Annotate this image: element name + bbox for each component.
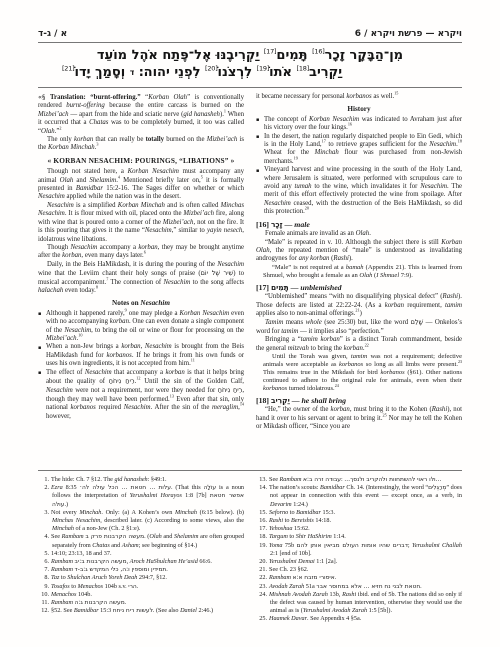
footnote-text: Mishnah Avodah Zarah 13b, Rashi ibid. en… bbox=[269, 591, 462, 614]
footnote-text: See Rambam מעשה הקרבנות פרק ב. (Olah and… bbox=[51, 533, 244, 548]
note-bullet: Although it happened rarely,9 one may pl… bbox=[38, 310, 244, 344]
footnote-number: 2. bbox=[38, 484, 49, 492]
footnote-number: 11. bbox=[38, 599, 49, 607]
right-column: it became necessary for personal korbano… bbox=[256, 93, 462, 432]
footnote-text: The hide: Ch. 7 §12. The gid hanasheh: §… bbox=[51, 476, 167, 483]
footnote-item: 14.The nation’s scouts: Bamidbar Ch. 14.… bbox=[256, 484, 462, 509]
footnotes-left-column: 1.The hide: Ch. 7 §12. The gid hanasheh:… bbox=[38, 476, 244, 647]
footnote-number: 25. bbox=[256, 615, 267, 623]
footnotes-right-column: 13.See Rambam עבודה זרה ב:א: …ולו ראוי ל… bbox=[256, 476, 462, 647]
entry-heading-18-he-shall-bring: [18] יַקְרִיב — he shall bring bbox=[256, 397, 462, 405]
history-bullet: Vineyard harvest and wine processing in … bbox=[256, 166, 462, 216]
footnote-item: 9.Tosafos to Menachos 104b s.v. הרי. bbox=[38, 583, 244, 591]
footnote-number: 1. bbox=[38, 476, 49, 484]
footnote-number: 13. bbox=[256, 476, 267, 484]
entry-heading-16-male: [16] זָכָר — male bbox=[256, 221, 462, 229]
footnote-text: See Rambam עבודה זרה ב:א: …ולו ראוי להשת… bbox=[269, 476, 442, 483]
commentary-paragraph: The only korban that can really be total… bbox=[38, 136, 244, 153]
footnote-item: 12.§52. See Bamidbar 15:3 לעשות ריח ניחח… bbox=[38, 607, 244, 615]
chapter-verse-reference: א / ג-ד bbox=[38, 29, 67, 39]
commentary-paragraph: “Male” is repeated in v. 10. Although th… bbox=[256, 239, 462, 264]
footnote-number: 3. bbox=[38, 509, 49, 517]
footnote-item: 18.Targum to Shir HaShirim 1:14. bbox=[256, 533, 462, 541]
footnote-item: 2.Ezra 8:35 עלות … חטאת … הכל עולה לה׳. … bbox=[38, 484, 244, 509]
commentary-paragraph: Female animals are invalid as an Olah. bbox=[256, 230, 462, 238]
commentary-paragraph: “Unblemished” means “with no disqualifyi… bbox=[256, 293, 462, 318]
footnote-number: 6. bbox=[38, 558, 49, 566]
footnote-item: 1.The hide: Ch. 7 §12. The gid hanasheh:… bbox=[38, 476, 244, 484]
footnote-text: Yehoshua 15:62. bbox=[269, 525, 310, 532]
commentary-note-paragraph: Until the Torah was given, tamim was not… bbox=[263, 353, 462, 393]
parashah-title-page-number: ויקרא — פרשת ויקרא / 6 bbox=[355, 29, 462, 39]
footnote-text: Avodah Zarah 51a חטאת לבני נח חזיא … אלא… bbox=[269, 583, 422, 590]
hebrew-verse-block: מִן־הַבָּקָר זָכָר[16] תָּמִים[17] יַקְר… bbox=[50, 47, 450, 81]
footnote-number: 8. bbox=[38, 574, 49, 582]
footnote-text: 14:10; 23:13, 18 and 37. bbox=[51, 550, 112, 557]
footnote-item: 25.Haamek Davar. See Appendix 4 §5a. bbox=[256, 615, 462, 623]
footnote-item: 11.Rambam מעשה הקרבנות ג:ה. bbox=[38, 599, 244, 607]
commentary-paragraph: Daily, in the Beis HaMikdash, it is duri… bbox=[38, 261, 244, 296]
footnote-text: Tosafos to Menachos 104b s.v. הרי. bbox=[51, 583, 138, 590]
footnote-item: 4.See Rambam מעשה הקרבנות פרק ב. (Olah a… bbox=[38, 533, 244, 549]
note-bullet: When a non-Jew brings a korban, Nesachim… bbox=[38, 343, 244, 368]
footnote-number: 12. bbox=[38, 607, 49, 615]
footnote-text: Rambam תמידין ומוספין ו:ה, כלי המקדש ג:ב… bbox=[51, 566, 168, 573]
footnote-item: 7.Rambam תמידין ומוספין ו:ה, כלי המקדש ג… bbox=[38, 566, 244, 574]
section-heading-korban-nesachim: « KORBAN NESACHIM: POURINGS, “LIBATIONS”… bbox=[38, 157, 244, 165]
footnote-number: 17. bbox=[256, 525, 267, 533]
verse-line-1: מִן־הַבָּקָר זָכָר[16] תָּמִים[17] יַקְר… bbox=[50, 47, 450, 64]
footnote-text: Rambam איסורי מזבח א:א. bbox=[269, 574, 336, 581]
commentary-note-paragraph: “Male” is not required at a bamah (Appen… bbox=[263, 264, 462, 280]
footnote-number: 7. bbox=[38, 566, 49, 574]
footnote-text: Seforno to Bamidbar 15:3. bbox=[269, 509, 335, 516]
footnote-text: Haamek Davar. See Appendix 4 §5a. bbox=[269, 615, 361, 622]
footnote-text: Ezra 8:35 עלות … חטאת … הכל עולה לה׳. (T… bbox=[51, 484, 244, 507]
footnote-item: 22.Rambam איסורי מזבח א:א. bbox=[256, 574, 462, 582]
footnote-item: 17.Yehoshua 15:62. bbox=[256, 525, 462, 533]
footnote-item: 5.14:10; 23:13, 18 and 37. bbox=[38, 550, 244, 558]
commentary-paragraph: Tamim means whole (see 25:30) but, like … bbox=[256, 318, 462, 336]
footnote-item: 3.Not every Minchah. Only: (a) A Kohen’s… bbox=[38, 509, 244, 534]
commentary-paragraph: “He,” the owner of the korban, must brin… bbox=[256, 406, 462, 431]
footnote-item: 13.See Rambam עבודה זרה ב:א: …ולו ראוי ל… bbox=[256, 476, 462, 484]
subheading-notes-on-nesachim: Notes on Nesachim bbox=[38, 299, 244, 307]
note-bullet: The effect of Nesachim that accompany a … bbox=[38, 369, 244, 421]
commentary-paragraph: Though not stated here, a Korban Nesachi… bbox=[38, 168, 244, 202]
footnote-text: §52. See Bamidbar 15:3 לעשות ריח ניחח. (… bbox=[51, 607, 213, 614]
footnote-text: Menachos 104b. bbox=[51, 591, 92, 598]
footnote-item: 19.Yoma 75b דברים שהיו אומות העולם מביאי… bbox=[256, 542, 462, 558]
footnote-number: 16. bbox=[256, 517, 267, 525]
footnote-number: 5. bbox=[38, 550, 49, 558]
footnote-number: 14. bbox=[256, 484, 267, 492]
footnote-number: 20. bbox=[256, 558, 267, 566]
commentary-paragraph: Bringing a “tamim korban” is a distinct … bbox=[256, 336, 462, 353]
footnote-number: 4. bbox=[38, 533, 49, 541]
running-head: א / ג-ד ויקרא — פרשת ויקרא / 6 bbox=[38, 29, 462, 43]
footnote-number: 19. bbox=[256, 542, 267, 550]
footnote-item: 15.Seforno to Bamidbar 15:3. bbox=[256, 509, 462, 517]
footnote-text: Yerushalmi Demai 1:1 [2a]. bbox=[269, 558, 337, 565]
footnote-item: 10.Menachos 104b. bbox=[38, 591, 244, 599]
footnotes-section: 1.The hide: Ch. 7 §12. The gid hanasheh:… bbox=[38, 470, 462, 647]
footnote-number: 9. bbox=[38, 583, 49, 591]
footnote-text: Rambam מעשה הקרבנות ב:יב, Aroch HaShulch… bbox=[51, 558, 212, 565]
footnote-text: Not every Minchah. Only: (a) A Kohen’s o… bbox=[51, 509, 244, 532]
footnote-number: 10. bbox=[38, 591, 49, 599]
footnote-text: Taz to Shulchan Aruch Yoreh Deah 294:7, … bbox=[51, 574, 167, 581]
footnote-item: 16.Rashi to Bereishis 14:18. bbox=[256, 517, 462, 525]
footnote-text: Yoma 75b דברים שהיו אומות העולם מביאין א… bbox=[269, 542, 462, 557]
footnote-number: 22. bbox=[256, 574, 267, 582]
footnote-text: Rambam מעשה הקרבנות ג:ה. bbox=[51, 599, 126, 606]
left-column: «§ Translation: “burnt-offering.” “Korba… bbox=[38, 93, 244, 432]
footnote-number: 21. bbox=[256, 566, 267, 574]
footnote-text: Rashi to Bereishis 14:18. bbox=[269, 517, 331, 524]
commentary-paragraph: Nesachim is a simplified Korban Minchah … bbox=[38, 202, 244, 244]
subheading-history: History bbox=[256, 105, 462, 113]
footnote-number: 24. bbox=[256, 591, 267, 599]
footnote-text: The nation’s scouts: Bamidbar Ch. 14. (I… bbox=[269, 484, 462, 507]
footnote-item: 20.Yerushalmi Demai 1:1 [2a]. bbox=[256, 558, 462, 566]
commentary-paragraph: Though Nesachim accompany a korban, they… bbox=[38, 244, 244, 261]
footnote-item: 6.Rambam מעשה הקרבנות ב:יב, Aroch HaShul… bbox=[38, 558, 244, 566]
footnote-item: 8.Taz to Shulchan Aruch Yoreh Deah 294:7… bbox=[38, 574, 244, 582]
footnote-item: 24.Mishnah Avodah Zarah 13b, Rashi ibid.… bbox=[256, 591, 462, 616]
footnote-item: 23.Avodah Zarah 51a חטאת לבני נח חזיא … … bbox=[256, 583, 462, 591]
history-bullet: In the desert, the nation regularly disp… bbox=[256, 133, 462, 167]
footnote-text: Targum to Shir HaShirim 1:14. bbox=[269, 533, 346, 540]
history-bullet: The concept of Korban Nesachim was indic… bbox=[256, 116, 462, 133]
entry-heading-17-unblemished: [17] תָּמִים — unblemished bbox=[256, 284, 462, 292]
divider-rule bbox=[38, 87, 462, 88]
footnote-item: 21.See Ch. 23 §62. bbox=[256, 566, 462, 574]
translation-paragraph: «§ Translation: “burnt-offering.” “Korba… bbox=[38, 93, 244, 136]
book-page: א / ג-ד ויקרא — פרשת ויקרא / 6 מִן־הַבָּ… bbox=[0, 0, 500, 647]
footnote-number: 15. bbox=[256, 509, 267, 517]
verse-line-2: יַקְרִיב[18] אֹתוֹ[19] לִרְצֹנוֹ[20] לִפ… bbox=[2, 64, 402, 81]
footnote-number: 18. bbox=[256, 533, 267, 541]
commentary-area: «§ Translation: “burnt-offering.” “Korba… bbox=[38, 93, 462, 432]
commentary-paragraph: it became necessary for personal korbano… bbox=[256, 93, 462, 101]
footnote-text: See Ch. 23 §62. bbox=[269, 566, 308, 573]
footnote-number: 23. bbox=[256, 583, 267, 591]
